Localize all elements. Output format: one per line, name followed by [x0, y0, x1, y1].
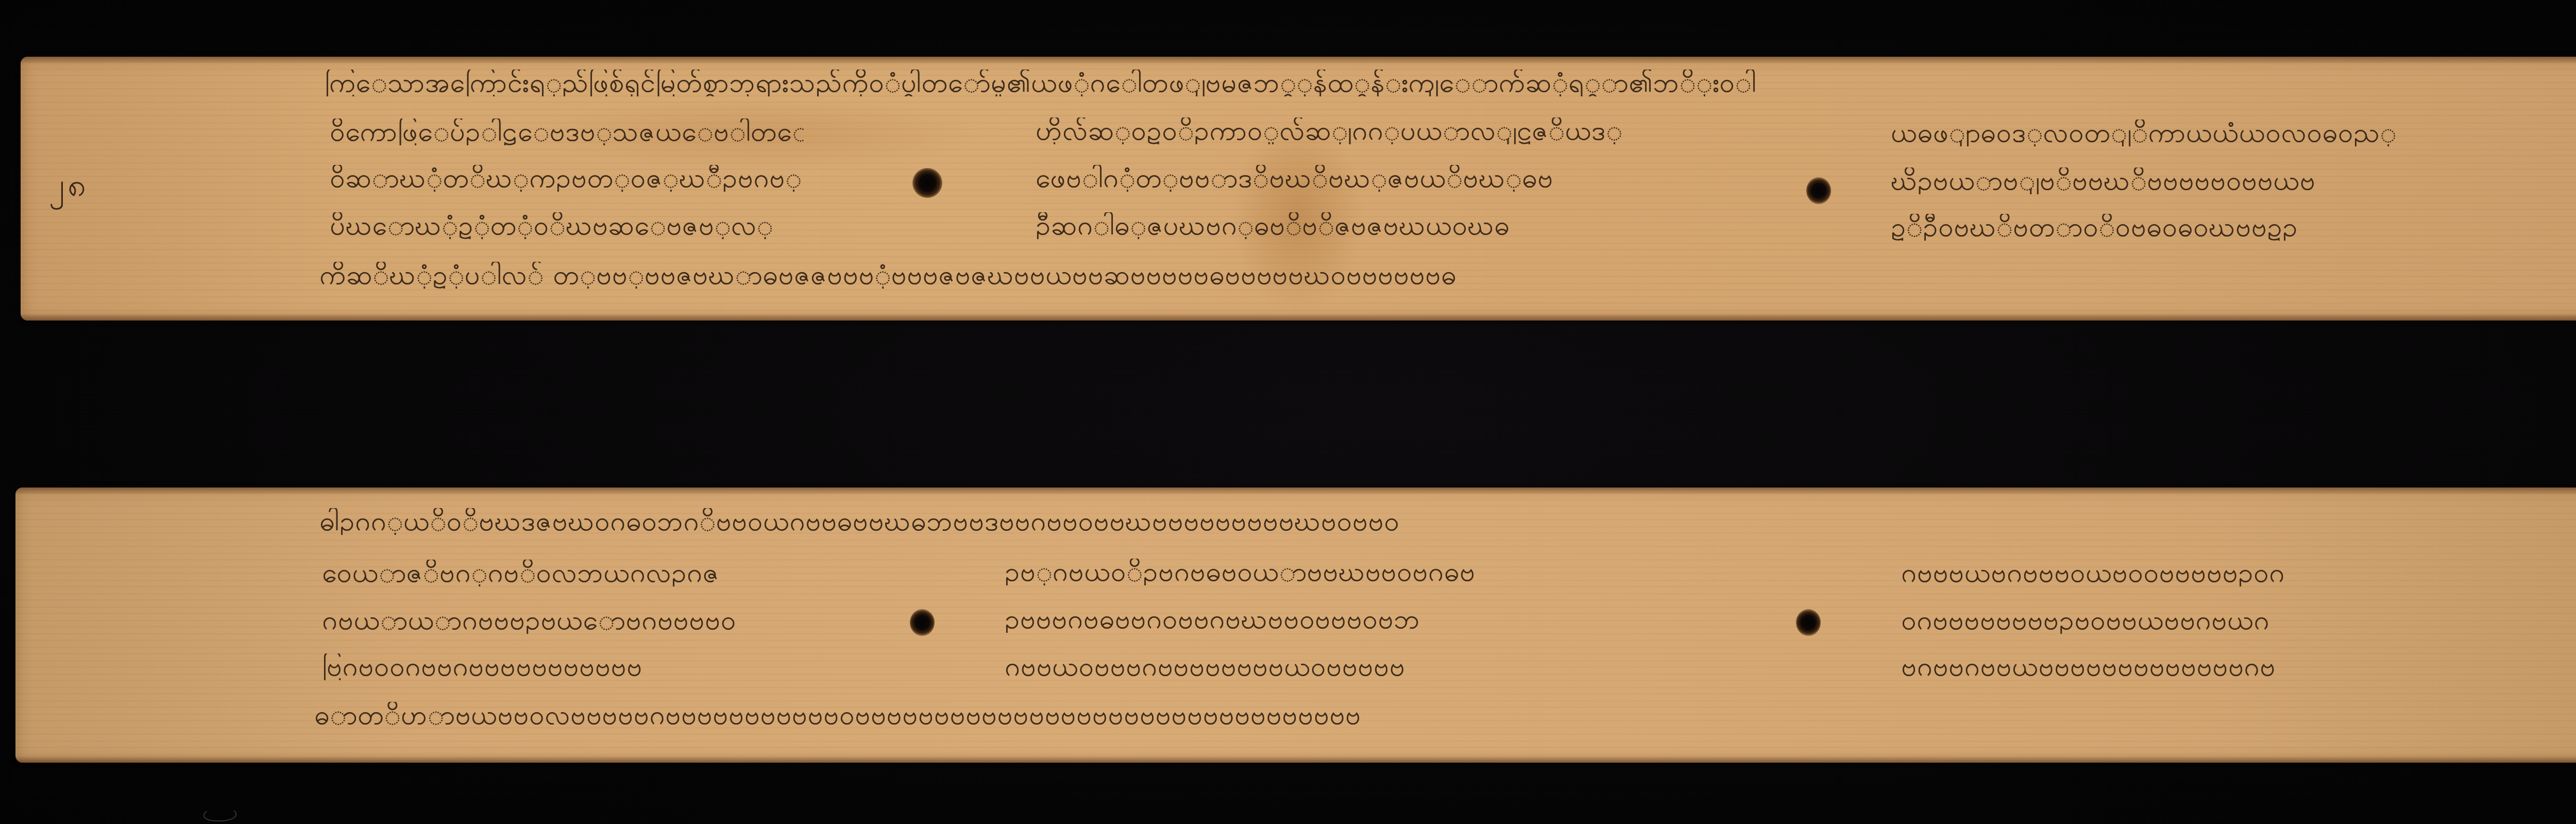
text-line-2-middle: ဟို​လ်​ဆ​ု​ဝ​ဍ​ဝ​ိ​ဥ​ကာ​ဝ​ူ​လ်​ဆ​ုု​ဂ​ဂ​…	[1036, 117, 1710, 144]
text-line-3-right: ဃိ​ဥ​ဗ​ယ​ာ​ဗ​ျ​ဗ​ိ​ဗ​ဗ​ဃ​ိ​ဗ​ဗ​ဗ​ဗ​ဗ​ဝ​ဗ…	[1891, 167, 2545, 194]
binding-hole-right	[1796, 609, 1821, 636]
folio-number: ၂၈	[49, 169, 89, 201]
stray-thread	[204, 808, 236, 821]
binding-hole-right	[1806, 177, 1831, 204]
text-line-2-left: ဝေ​ယ​ာ​ဇ​ိ​ဗ​ဂ​ု​ဂ​ဗ​ိ​ဝ​လ​ဘ​ယ​ဂ​လ​ဥ​ဂ​ဇ	[322, 560, 765, 586]
text-line-3-left: ဝိ​ဆ​ာ​ဃ​ုံ​တ​ိ​ဃ​ု​က​ဥ​ဗ​တ​ု​ဝ​ဇ​ု​ဃ​ီ​…	[330, 165, 804, 192]
text-line-4-right: ဗ​ဂ​ဗ​ဗ​ဂ​ဗ​ဗ​ယ​ဗ​ဗ​ဗ​ဗ​ဗ​ဗ​ဗ​ဗ​ဗ​ဗ​ဗ​ဗ​…	[1901, 653, 2473, 680]
text-line-5: ကိ​ဆ​ိ​ဃ​ုံ​ဍ​ုံ​ပ​ါ​လ​် တ​ုဗ​ဗ​ု​ဗ​ဗ​ဇ​…	[319, 262, 2576, 289]
text-line-4-middle: ဂ​ဗ​ဗ​ယ​ဝ​ဗ​ဗ​ဗ​ဂ​ဗ​ဗ​ဗ​ဗ​ဗ​ဗ​ဗ​ဗ​ယ​ဝ​ဗ​…	[1005, 653, 1654, 680]
text-line-1: ဓါ​ဥ​ဂ​ဂ​ု​ယ​ိ​ဝ​ိ​ဗ​ဃ​ဒ​ဇ​ဗ​ဃ​ဝ​ဂ​ဓ​ဝ​ဘ…	[319, 508, 2473, 535]
binding-hole-left	[912, 168, 942, 198]
text-line-4-right: ဍ​ိ​ဦ​ဝ​ဗ​ဃ​ိ​ဗ​တ​ာ​ဝ​ိ​ဝ​ဗ​ဓ​ဝ​ဓ​ဝ​ဃ​ဗ​…	[1891, 214, 2555, 241]
text-line-2-right: ဂ​ဗ​ဗ​ဗ​ယ​ဗ​ဂ​ဗ​ဗ​ဗ​ဝ​ယ​ဗ​ဝ​ဝ​ဗ​ဗ​ဗ​ဗ​ဗ​…	[1901, 560, 2473, 586]
text-line-4-left: ပိ​ဃ​ော​ဃ​ုံ​ဍ​ုံ​တ​ုံ​ဝ​ိ​ဃ​ဗ​ဆ​ေ​ဗ​ဇ​ဗ…	[330, 212, 804, 239]
palm-leaf-folio-1: ၂၈ ကြ​ေသာ​အ​ကြောင်း​ရ​ှည်​ဖြစ်​ရှင်​မြတ်…	[21, 57, 2576, 321]
text-line-3-middle: ဖေ​ဗ​ါ​ဂ​ုံ​တ​ုဗ​ဗ​ာ​ဒ​ိ​ဗ​ဃ​ိ​ဗ​ဃ​ု​ဇ​ဗ…	[1036, 165, 1721, 192]
text-line-5: ဓ​ာ​တ​ိ​ဟ​ာ​ဗ​ယ​ဗ​ဗ​ဝ​လ​ဗ​ဗ​ဗ​ဗ​ဗ​ဂ​ဗ​ဗ​…	[314, 702, 2478, 729]
text-line-2-left: ဝိ​ကော​ဖြ​ေ​ပ်​ဥ​ါ​ဠ​ေ​ဗ​ဒ​ဗ​ုသ​ဇ​ယ​ေ​ဗ​…	[330, 119, 804, 145]
text-line-3-left: ဂ​ဗ​ယ​ာ​ယ​ာ​ဂ​ဗ​ဗ​ဗ​ဥ​ဗ​ယ​ော​ဗ​ဂ​ဗ​ဗ​ဗ​ဗ…	[322, 607, 765, 634]
binding-hole-left	[910, 609, 935, 636]
text-line-3-middle: ဥ​ဗ​ဗ​ဗ​ဂ​ဗ​ဓ​ဗ​ဗ​ဂ​ဝ​ဗ​ဗ​ဂ​ဗ​ဃ​ဗ​ဗ​ဝ​ဗ​…	[1005, 606, 1654, 633]
text-line-2-middle: ဥ​ဗ​ု​ဂ​ဗ​ယ​ဝ​ိ​ဥ​ဗ​ဂ​ဗ​ဓ​ဗ​ဝ​ယ​ာ​ဗ​ဗ​ဃ​…	[1005, 559, 1654, 585]
text-line-3-right: ဝ​ဂ​ဗ​ဗ​ဗ​ဗ​ဗ​ဗ​ဗ​ဗ​ဥ​ဗ​ဝ​ဗ​ဗ​ယ​ဗ​ဗ​ဂ​ဗ​…	[1901, 607, 2473, 634]
text-line-2-right: ယ​ဓ​ဖ​ျာ​ဓ​ဝ​ဒ​ု​လ​ဝ​တ​ျ​ိ​ကာ​ယ​ယံ​ယ​ဝ​လ…	[1891, 120, 2545, 146]
text-line-1: ကြ​ေသာ​အ​ကြောင်း​ရ​ှည်​ဖြစ်​ရှင်​မြတ်​စွ…	[325, 70, 2576, 96]
text-line-4-left: ဗြ​ဂ​ဗ​ဝ​ဝ​ဂ​ဗ​ဗ​ဂ​ဗ​ဗ​ဗ​ဗ​ဗ​ဗ​ဗ​ဗ​ဗ​ဗ​ဗ	[322, 653, 765, 680]
text-line-4-middle: ဦ​ဆ​ဂ​ါ​ဓ​ု​ဇ​ပ​ဃ​ဗ​ဂ​ု​ဓ​ဗ​ိ​ဗ​ိ​ဇ​ဗ​ဇ​…	[1036, 212, 1726, 239]
palm-leaf-folio-2: ဓါ​ဥ​ဂ​ဂ​ု​ယ​ိ​ဝ​ိ​ဗ​ဃ​ဒ​ဇ​ဗ​ဃ​ဝ​ဂ​ဓ​ဝ​ဘ…	[15, 487, 2576, 763]
